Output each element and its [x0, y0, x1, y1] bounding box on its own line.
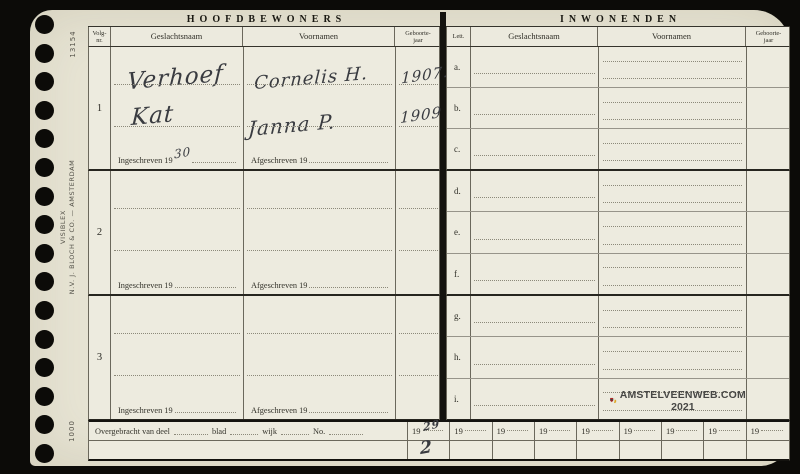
binder-hole: [35, 415, 54, 434]
year-cell: 19: [577, 422, 619, 440]
voornamen-cell: [243, 171, 395, 209]
afgeschreven-field: Afgeschreven 19: [243, 376, 395, 419]
geslachtsnaam-cell: [471, 171, 598, 211]
geboortejaar-cell: [395, 171, 441, 209]
inwonenden-block-2: d. e. f.: [446, 171, 790, 296]
blank-cell: [620, 441, 662, 459]
year-cell: 19: [620, 422, 662, 440]
footer-spacer: [395, 251, 441, 294]
blank-cell: [535, 441, 577, 459]
col-geslachtsnaam: Geslachtsnaam: [111, 27, 243, 46]
geslachtsnaam-cell: [471, 337, 598, 377]
geslachtsnaam-cell: [471, 129, 598, 169]
ingeschreven-field: Ingeschreven 19: [111, 376, 243, 419]
year-cell: 19: [747, 422, 789, 440]
geslachtsnaam-cell: [471, 88, 598, 128]
inwonenden-row-f: f.: [447, 254, 789, 294]
geslachtsnaam-cell: [471, 47, 598, 87]
inwonenden-block-1: a. b. c.: [446, 47, 790, 171]
inwonenden-row-h: h.: [447, 337, 789, 378]
voornamen-cell: Janna P.: [243, 85, 395, 127]
blank-cell: [450, 441, 492, 459]
binder-hole: [35, 158, 54, 177]
geslachtsnaam-cell: [111, 296, 243, 334]
blank-cell: [747, 441, 789, 459]
print-run-number: 1000: [68, 416, 76, 446]
amstelveen-crest-icon: [610, 387, 617, 414]
binder-hole: [35, 101, 54, 120]
col-volgnr: Volg- nr.: [89, 27, 111, 46]
blank-cell: [704, 441, 746, 459]
hoofdbewoners-block-1: 1 Verhoef Cornelis H. 1907. Kat Janna P.…: [88, 47, 440, 171]
geslachtsnaam-cell: [111, 171, 243, 209]
geboortejaar-cell: [746, 254, 791, 294]
geslachtsnaam-cell: [471, 379, 598, 419]
geslachtsnaam-cell: [111, 334, 243, 376]
blank-cell: [89, 441, 408, 459]
year-cell: 19: [450, 422, 492, 440]
binder-hole: [35, 129, 54, 148]
year-cell: 19: [493, 422, 535, 440]
col-geboortejaar: Geboorte- jaar: [395, 27, 441, 46]
geslachtsnaam-cell: Kat: [111, 85, 243, 127]
year-cell: 19: [704, 422, 746, 440]
binder-hole: [35, 330, 54, 349]
voornamen-cell: [598, 254, 746, 294]
inwonenden-row-a: a.: [447, 47, 789, 88]
inwonenden-row-c: c.: [447, 129, 789, 169]
transfer-row-blank: 2: [89, 441, 789, 459]
binder-hole: [35, 387, 54, 406]
voornamen-cell: [598, 47, 746, 87]
footer-spacer: [395, 376, 441, 419]
binder-hole: [35, 244, 54, 263]
voornamen-cell: [598, 129, 746, 169]
year-cell: 19: [535, 422, 577, 440]
binder-hole: [35, 272, 54, 291]
inwonenden-title: INWONENDEN: [446, 12, 790, 27]
blank-cell: [577, 441, 619, 459]
printer-name: N.V. J. BLOCH & CO. — AMSTERDAM: [68, 156, 77, 298]
voornamen-cell: [243, 334, 395, 376]
volgnummer: 2: [89, 171, 111, 294]
voornamen-cell: [243, 296, 395, 334]
footer-spacer: [395, 127, 441, 169]
geslachtsnaam-cell: Verhoef: [111, 47, 243, 85]
handwritten-ingeschreven-jaar: 30: [173, 144, 191, 161]
geslachtsnaam-cell: [111, 209, 243, 251]
geboortejaar-cell: [395, 334, 441, 376]
inwonenden-row-g: g.: [447, 296, 789, 337]
blank-cell: 2: [408, 441, 450, 459]
voornamen-cell: [598, 88, 746, 128]
blank-cell: [493, 441, 535, 459]
col-geboortejaar: Geboorte- jaar: [746, 27, 791, 46]
geslachtsnaam-cell: [471, 212, 598, 252]
voornamen-cell: [598, 171, 746, 211]
voornamen-cell: Cornelis H.: [243, 47, 395, 85]
hoofdbewoners-block-2: 2 Ingeschreven 19 Afgeschreven 19: [88, 171, 440, 296]
binder-hole: [35, 44, 54, 63]
printer-imprint: VISIBLEX N.V. J. BLOCH & CO. — AMSTERDAM: [59, 156, 77, 298]
printer-brand: VISIBLEX: [59, 156, 68, 298]
transfer-row: Overgebracht van deel blad wijk No. 19 2…: [89, 422, 789, 441]
geboortejaar-cell: [746, 337, 791, 377]
geboortejaar-cell: [746, 88, 791, 128]
section-hoofdbewoners: HOOFDBEWONERS Volg- nr. Geslachtsnaam Vo…: [88, 12, 440, 421]
geslachtsnaam-cell: [471, 296, 598, 336]
transfer-labels: Overgebracht van deel blad wijk No.: [89, 422, 408, 440]
geboortejaar-cell: [746, 171, 791, 211]
transfer-band: Overgebracht van deel blad wijk No. 19 2…: [88, 420, 790, 461]
geboortejaar-cell: [746, 379, 791, 419]
afgeschreven-field: Afgeschreven 19: [243, 251, 395, 294]
form-serial-number: 13154: [69, 24, 77, 64]
binder-holes: [35, 15, 55, 463]
binder-hole: [35, 72, 54, 91]
col-voornamen: Voornamen: [598, 27, 746, 46]
geboortejaar-cell: [746, 296, 791, 336]
geboortejaar-cell: [746, 47, 791, 87]
binder-hole: [35, 358, 54, 377]
watermark-text: AMSTELVEENWEB.COM 2021: [620, 389, 746, 413]
geboortejaar-cell: 1909: [395, 85, 441, 127]
geboortejaar-cell: [395, 296, 441, 334]
year-cell: 19: [662, 422, 704, 440]
handwritten-year: 29: [423, 417, 441, 434]
ingeschreven-field: Ingeschreven 19 30: [111, 127, 243, 169]
inwonenden-headers: Lett. Geslachtsnaam Voornamen Geboorte- …: [446, 27, 790, 47]
handwritten-geboortejaar: 1909: [400, 103, 442, 127]
binder-hole: [35, 15, 54, 34]
watermark: AMSTELVEENWEB.COM 2021: [610, 387, 746, 414]
inwonenden-row-b: b.: [447, 88, 789, 129]
binder-hole: [35, 215, 54, 234]
geboortejaar-cell: [746, 129, 791, 169]
hoofdbewoners-title: HOOFDBEWONERS: [88, 12, 440, 27]
voornamen-cell: [243, 209, 395, 251]
binder-hole: [35, 301, 54, 320]
inwonenden-row-d: d.: [447, 171, 789, 212]
geboortejaar-cell: 1907.: [395, 47, 441, 85]
ingeschreven-field: Ingeschreven 19: [111, 251, 243, 294]
binder-hole: [35, 444, 54, 463]
handwritten-number: 2: [420, 437, 433, 459]
col-voornamen: Voornamen: [243, 27, 395, 46]
geslachtsnaam-cell: [471, 254, 598, 294]
voornamen-cell: [598, 296, 746, 336]
hoofdbewoners-block-3: 3 Ingeschreven 19 Afgeschreven 19: [88, 296, 440, 421]
hoofdbewoners-headers: Volg- nr. Geslachtsnaam Voornamen Geboor…: [88, 27, 440, 47]
year-cell: 19 29: [408, 422, 450, 440]
volgnummer: 1: [89, 47, 111, 169]
voornamen-cell: [598, 212, 746, 252]
geboortejaar-cell: [395, 209, 441, 251]
afgeschreven-field: Afgeschreven 19: [243, 127, 395, 169]
blank-cell: [662, 441, 704, 459]
register-card: 13154 VISIBLEX N.V. J. BLOCH & CO. — AMS…: [30, 10, 790, 466]
col-geslachtsnaam: Geslachtsnaam: [471, 27, 598, 46]
section-inwonenden: INWONENDEN Lett. Geslachtsnaam Voornamen…: [446, 12, 790, 421]
binder-hole: [35, 187, 54, 206]
inwonenden-row-e: e.: [447, 212, 789, 253]
voornamen-cell: [598, 337, 746, 377]
col-lett: Lett.: [447, 27, 471, 46]
volgnummer: 3: [89, 296, 111, 419]
geboortejaar-cell: [746, 212, 791, 252]
